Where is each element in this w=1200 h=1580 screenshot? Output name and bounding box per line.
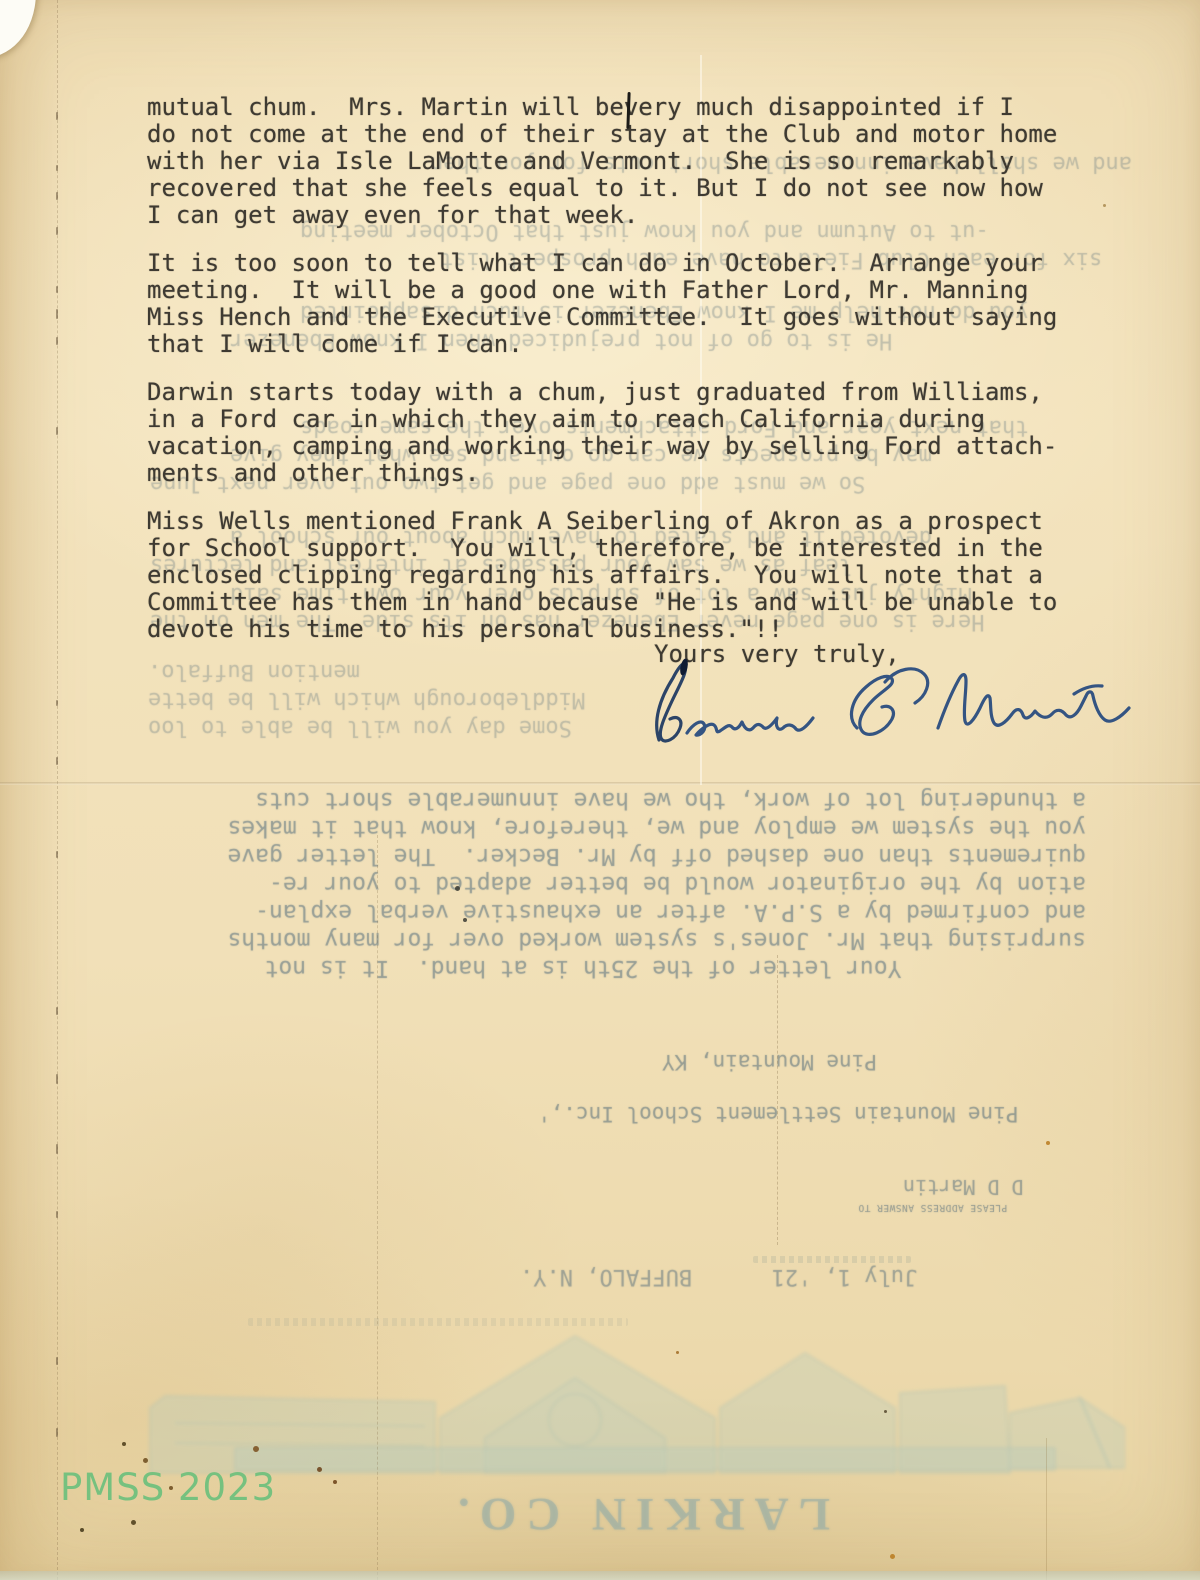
paper-left-edge-shading xyxy=(0,0,57,1580)
crease-tick xyxy=(56,227,58,235)
foxing-spot xyxy=(317,1467,322,1472)
foxing-spot xyxy=(890,1554,895,1559)
foxing-spot xyxy=(253,1446,259,1452)
crease-tick xyxy=(56,192,58,200)
crease-tick xyxy=(56,700,58,706)
bleedthrough-line: and confirmed by a S.P.A. after an exhau… xyxy=(80,898,1086,926)
bleedthrough-sender-name: D D Martin xyxy=(903,1175,1023,1199)
crease-tick xyxy=(56,427,58,435)
bleedthrough-address-org: Pine Mountain Settlement School Inc.,' xyxy=(538,1102,1018,1126)
signature-darwin-d-martin xyxy=(625,656,1150,756)
crease-tick xyxy=(56,112,58,120)
crease-tick xyxy=(56,1211,58,1218)
archive-watermark: PMSS 2023 xyxy=(60,1466,276,1509)
bleedthrough-line: Your letter of the 25th is at hand. It i… xyxy=(80,954,1086,982)
crease-tick xyxy=(56,757,58,765)
bleedthrough-dateline: July 1, '21 BUFFALO, N.Y. xyxy=(520,1264,917,1289)
crease-tick xyxy=(56,165,58,171)
crease-tick xyxy=(56,309,58,319)
crease-tick xyxy=(56,337,58,345)
bleedthrough-fragment: Middleborough which will be bette xyxy=(148,686,585,712)
foxing-spot xyxy=(143,1458,148,1463)
fold-crease-bottom-right xyxy=(1046,1438,1047,1580)
crease-tick xyxy=(56,286,58,293)
bleedthrough-paragraph-band: a thundering lot of work, tho we have in… xyxy=(80,786,1086,982)
letter-body: mutual chum. Mrs. Martin will bevery muc… xyxy=(147,94,1087,664)
scan-edge-strip xyxy=(0,1571,1200,1580)
bleedthrough-small-print xyxy=(753,1256,911,1263)
foxing-spot xyxy=(455,886,460,891)
foxing-spot xyxy=(676,1351,679,1354)
bleedthrough-line: a thundering lot of work, tho we have in… xyxy=(80,786,1086,814)
letter-paragraph: It is too soon to tell what I can do in … xyxy=(147,250,1087,358)
crease-tick xyxy=(56,1007,58,1015)
crease-tick xyxy=(56,1428,58,1437)
foxing-spot xyxy=(131,1520,136,1525)
foxing-spot xyxy=(80,1528,84,1532)
letter-paragraph: Miss Wells mentioned Frank A Seiberling … xyxy=(147,508,1087,643)
fold-crease-vertical-mid xyxy=(777,955,778,1245)
letter-page: and we shall have innumerable short cuts… xyxy=(0,0,1200,1580)
letter-paragraph: mutual chum. Mrs. Martin will bevery muc… xyxy=(147,94,1087,229)
fold-crease-vertical-left xyxy=(57,0,58,1580)
bleedthrough-line: you the system we employ and we, therefo… xyxy=(80,814,1086,842)
crease-tick xyxy=(56,851,58,858)
fold-crease-horizontal xyxy=(0,782,1200,785)
crease-tick xyxy=(56,1074,58,1084)
foxing-spot xyxy=(463,918,467,922)
foxing-spot xyxy=(884,1410,887,1413)
letter-paragraph: Darwin starts today with a chum, just gr… xyxy=(147,379,1087,487)
bleedthrough-address-city: Pine Mountain, KY xyxy=(662,1050,877,1074)
foxing-spot xyxy=(122,1442,126,1446)
bleedthrough-address-note: PLEASE ADDRESS ANSWER TO xyxy=(858,1202,1007,1213)
bleedthrough-line: ation by the originator would be better … xyxy=(80,870,1086,898)
bleedthrough-line: surprising that Mr. Jones's system worke… xyxy=(80,926,1086,954)
crease-tick xyxy=(56,1357,58,1365)
crease-tick xyxy=(56,1144,58,1154)
bleedthrough-line: quirements than one dashed off by Mr. Be… xyxy=(80,842,1086,870)
fold-crease-vertical-lower xyxy=(377,835,378,1580)
foxing-spot xyxy=(1103,204,1106,207)
bleedthrough-fragment: Some day you will be able to loo xyxy=(148,714,572,740)
foxing-spot xyxy=(333,1480,337,1484)
foxing-spot xyxy=(1046,1141,1050,1145)
